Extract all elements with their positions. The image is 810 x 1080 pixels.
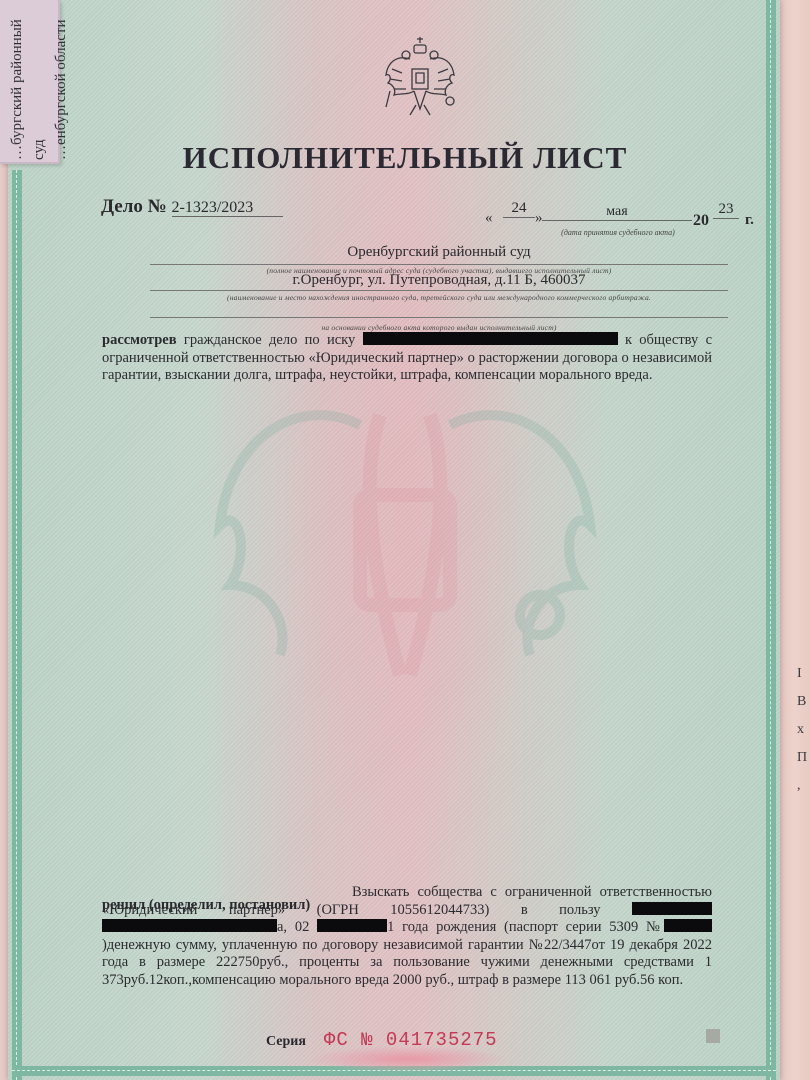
case-number-line: Дело № 2-1323/2023 bbox=[101, 196, 283, 218]
series-number: ФС № 041735275 bbox=[324, 1029, 498, 1051]
background-page-text: I B x П , bbox=[797, 660, 810, 800]
sticker-line-2: …енбургской области bbox=[50, 0, 72, 160]
redacted-passport-number bbox=[664, 919, 712, 932]
coat-of-arms-icon bbox=[380, 35, 460, 125]
court-sticker: …бургский районный суд …енбургской облас… bbox=[0, 0, 60, 164]
considered-label: рассмотрев bbox=[102, 332, 177, 348]
redacted-name bbox=[102, 919, 277, 932]
date-day: 24 bbox=[503, 200, 535, 218]
judgment-date: « 24 » мая 20 23 г. (дата принятия судеб… bbox=[485, 202, 765, 242]
date-year-unit: г. bbox=[745, 212, 754, 229]
decision-text-3: 1 года рождения (паспорт серии 5309 № bbox=[387, 919, 664, 935]
decision-label: решил (определил, постановил) bbox=[102, 897, 310, 914]
date-year-prefix: 20 bbox=[693, 212, 709, 230]
sticker-line-1: …бургский районный суд bbox=[6, 0, 50, 160]
court-address-caption: (наименование и место нахождения иностра… bbox=[150, 293, 728, 302]
decision-text-4: )денежную сумму, уплаченную по договору … bbox=[102, 937, 712, 988]
series-label: Серия bbox=[266, 1034, 306, 1049]
date-open-quote: « bbox=[485, 210, 493, 227]
date-year: 23 bbox=[713, 201, 739, 219]
case-label: Дело № bbox=[101, 196, 167, 217]
court-address: г.Оренбург, ул. Путепроводная, д.11 Б, 4… bbox=[150, 272, 728, 291]
court-name: Оренбургский районный суд bbox=[150, 244, 728, 265]
document-title: ИСПОЛНИТЕЛЬНЫЙ ЛИСТ bbox=[0, 140, 810, 176]
date-month: мая bbox=[542, 204, 692, 221]
case-number: 2-1323/2023 bbox=[172, 199, 284, 217]
redacted-plaintiff bbox=[363, 332, 618, 345]
watermark-emblem-icon bbox=[210, 385, 600, 685]
decision-text-2: а, 02 bbox=[277, 919, 309, 935]
date-caption: (дата принятия судебного акта) bbox=[543, 228, 693, 237]
blank-line bbox=[150, 305, 728, 318]
act-caption: на основании судебного акта которого выд… bbox=[150, 323, 728, 332]
considered-text-1: гражданское дело по иску bbox=[184, 332, 355, 348]
sheet-border-left bbox=[12, 170, 22, 1080]
redacted-birthdate bbox=[317, 919, 387, 932]
security-square bbox=[706, 1029, 720, 1043]
redacted-beneficiary bbox=[632, 902, 712, 915]
series-line: Серия ФС № 041735275 bbox=[266, 1029, 498, 1051]
considered-paragraph: рассмотрев гражданское дело по иску к об… bbox=[102, 332, 712, 385]
sticker-text: …бургский районный суд …енбургской облас… bbox=[6, 0, 52, 160]
